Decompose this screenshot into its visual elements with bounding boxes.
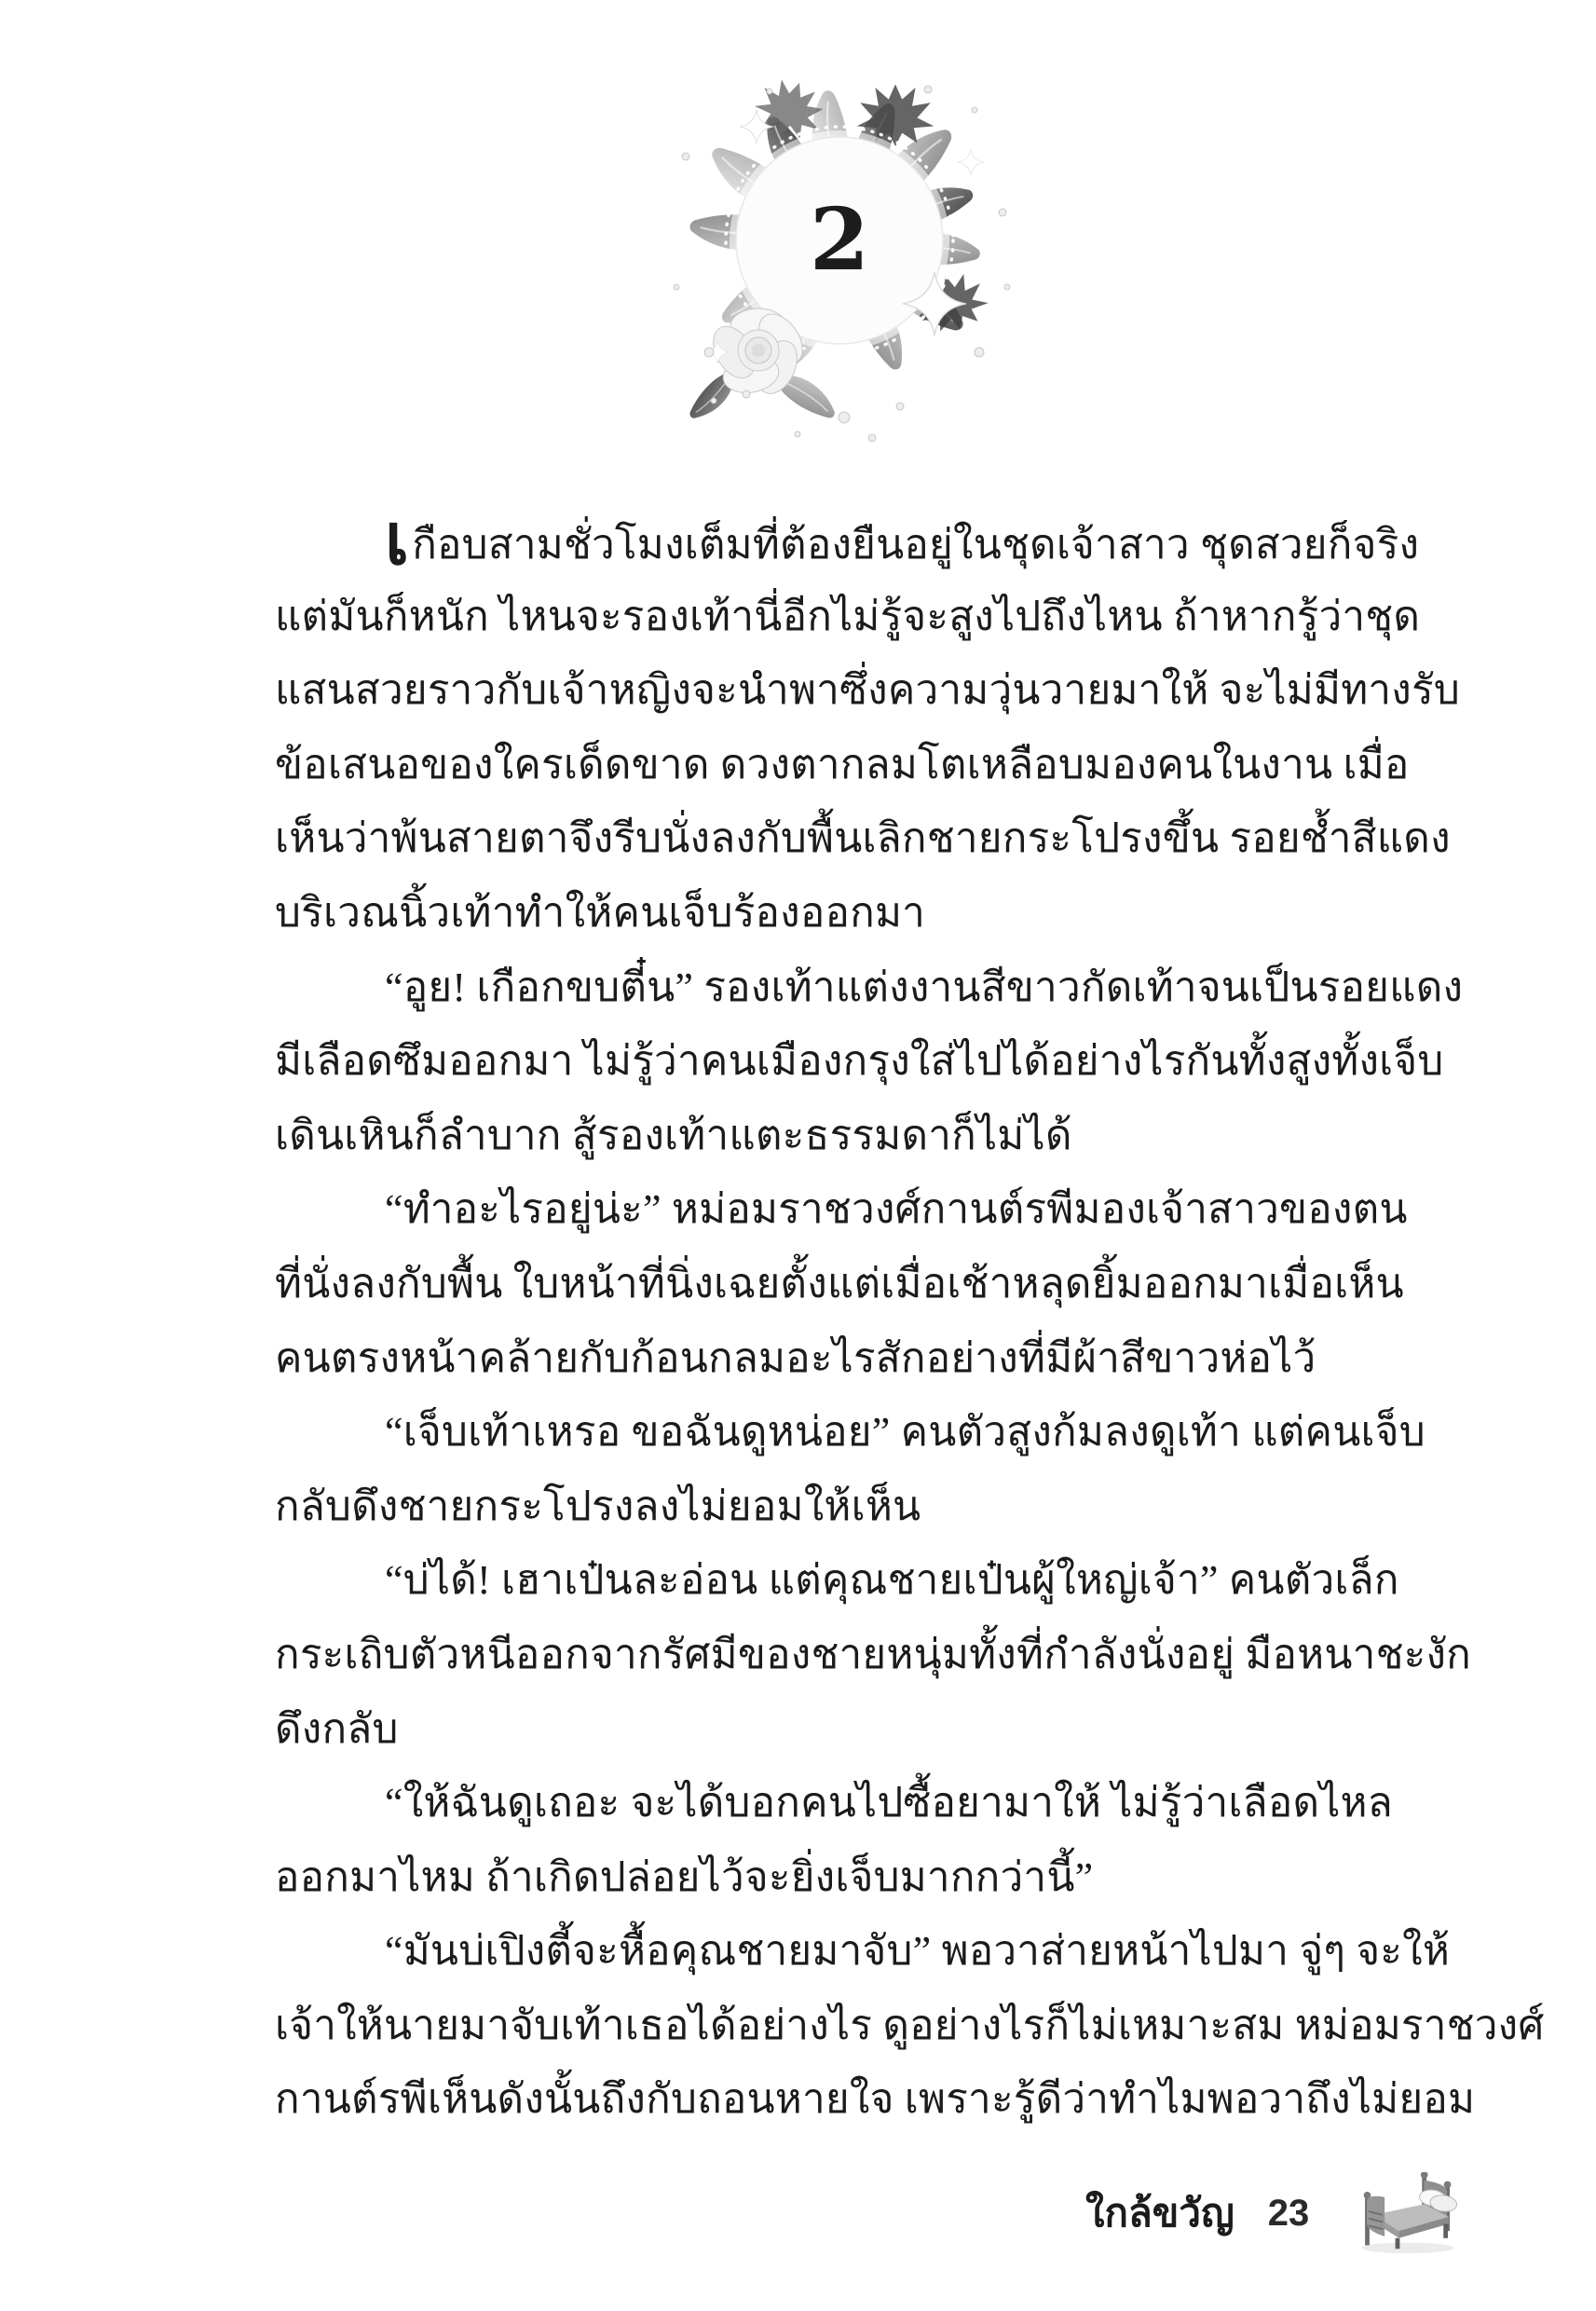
text-line: กานต์รพีเห็นดังนั้นถึงกับถอนหายใจ เพราะร… (275, 2062, 1413, 2137)
chapter-ornament: 2 (658, 73, 1016, 450)
text-line: ที่นั่งลงกับพื้น ใบหน้าที่นิ่งเฉยตั้งแต่… (275, 1247, 1413, 1321)
book-page: 2 เกือบสามชั่วโมงเต็มที่ต้องยืนอยู่ในชุด… (0, 0, 1596, 2311)
text-line: เกือบสามชั่วโมงเต็มที่ต้องยืนอยู่ในชุดเจ… (275, 505, 1413, 580)
text-line: กลับดึงชายกระโปรงลงไม่ยอมให้เห็น (275, 1470, 1413, 1544)
text-line-content: กือบสามชั่วโมงเต็มที่ต้องยืนอยู่ในชุดเจ้… (412, 522, 1419, 567)
page-number: 23 (1268, 2193, 1310, 2235)
text-line: บริเวณนิ้วเท้าทำให้คนเจ็บร้องออกมา (275, 876, 1413, 950)
bed-icon (1354, 2172, 1462, 2254)
body-text: เกือบสามชั่วโมงเต็มที่ต้องยืนอยู่ในชุดเจ… (275, 505, 1413, 2137)
text-line: เดินเหินก็ลำบาก สู้รองเท้าแตะธรรมดาก็ไม่… (275, 1099, 1413, 1173)
chapter-number: 2 (784, 177, 895, 302)
text-line: แสนสวยราวกับเจ้าหญิงจะนำพาซึ่งความวุ่นวา… (275, 653, 1413, 728)
text-line: “มันบ่เปิงตี้จะหื้อคุณชายมาจับ” พอวาส่าย… (275, 1914, 1413, 1989)
text-line: ดึงกลับ (275, 1692, 1413, 1767)
drop-cap: เ (385, 501, 409, 580)
text-line: “ให้ฉันดูเถอะ จะได้บอกคนไปซื้อยามาให้ ไม… (275, 1766, 1413, 1840)
text-line: แต่มันก็หนัก ไหนจะรองเท้านี่อีกไม่รู้จะส… (275, 580, 1413, 654)
text-line: “เจ็บเท้าเหรอ ขอฉันดูหน่อย” คนตัวสูงก้มล… (275, 1395, 1413, 1470)
text-line: กระเถิบตัวหนีออกจากรัศมีของชายหนุ่มทั้งท… (275, 1618, 1413, 1692)
text-line: ออกมาไหม ถ้าเกิดปล่อยไว้จะยิ่งเจ็บมากกว่… (275, 1840, 1413, 1915)
text-line: คนตรงหน้าคล้ายกับก้อนกลมอะไรสักอย่างที่ม… (275, 1321, 1413, 1396)
text-line: “บ่ได้! เฮาเป๋นละอ่อน แต่คุณชายเป๋นผู้ให… (275, 1543, 1413, 1618)
text-line: ข้อเสนอของใครเด็ดขาด ดวงตากลมโตเหลือบมอง… (275, 728, 1413, 802)
text-line: มีเลือดซึมออกมา ไม่รู้ว่าคนเมืองกรุงใส่ไ… (275, 1024, 1413, 1099)
book-title: ใกล้ขวัญ (1085, 2182, 1235, 2244)
text-line: เห็นว่าพ้นสายตาจึงรีบนั่งลงกับพื้นเลิกชา… (275, 801, 1413, 876)
text-line: เจ้าให้นายมาจับเท้าเธอได้อย่างไร ดูอย่าง… (275, 1989, 1413, 2063)
text-line: “ทำอะไรอยู่น่ะ” หม่อมราชวงศ์กานต์รพีมองเ… (275, 1172, 1413, 1247)
text-line: “อูย! เกือกขบตี๋น” รองเท้าแต่งงานสีขาวกั… (275, 950, 1413, 1025)
page-footer: ใกล้ขวัญ 23 (1085, 2171, 1462, 2255)
